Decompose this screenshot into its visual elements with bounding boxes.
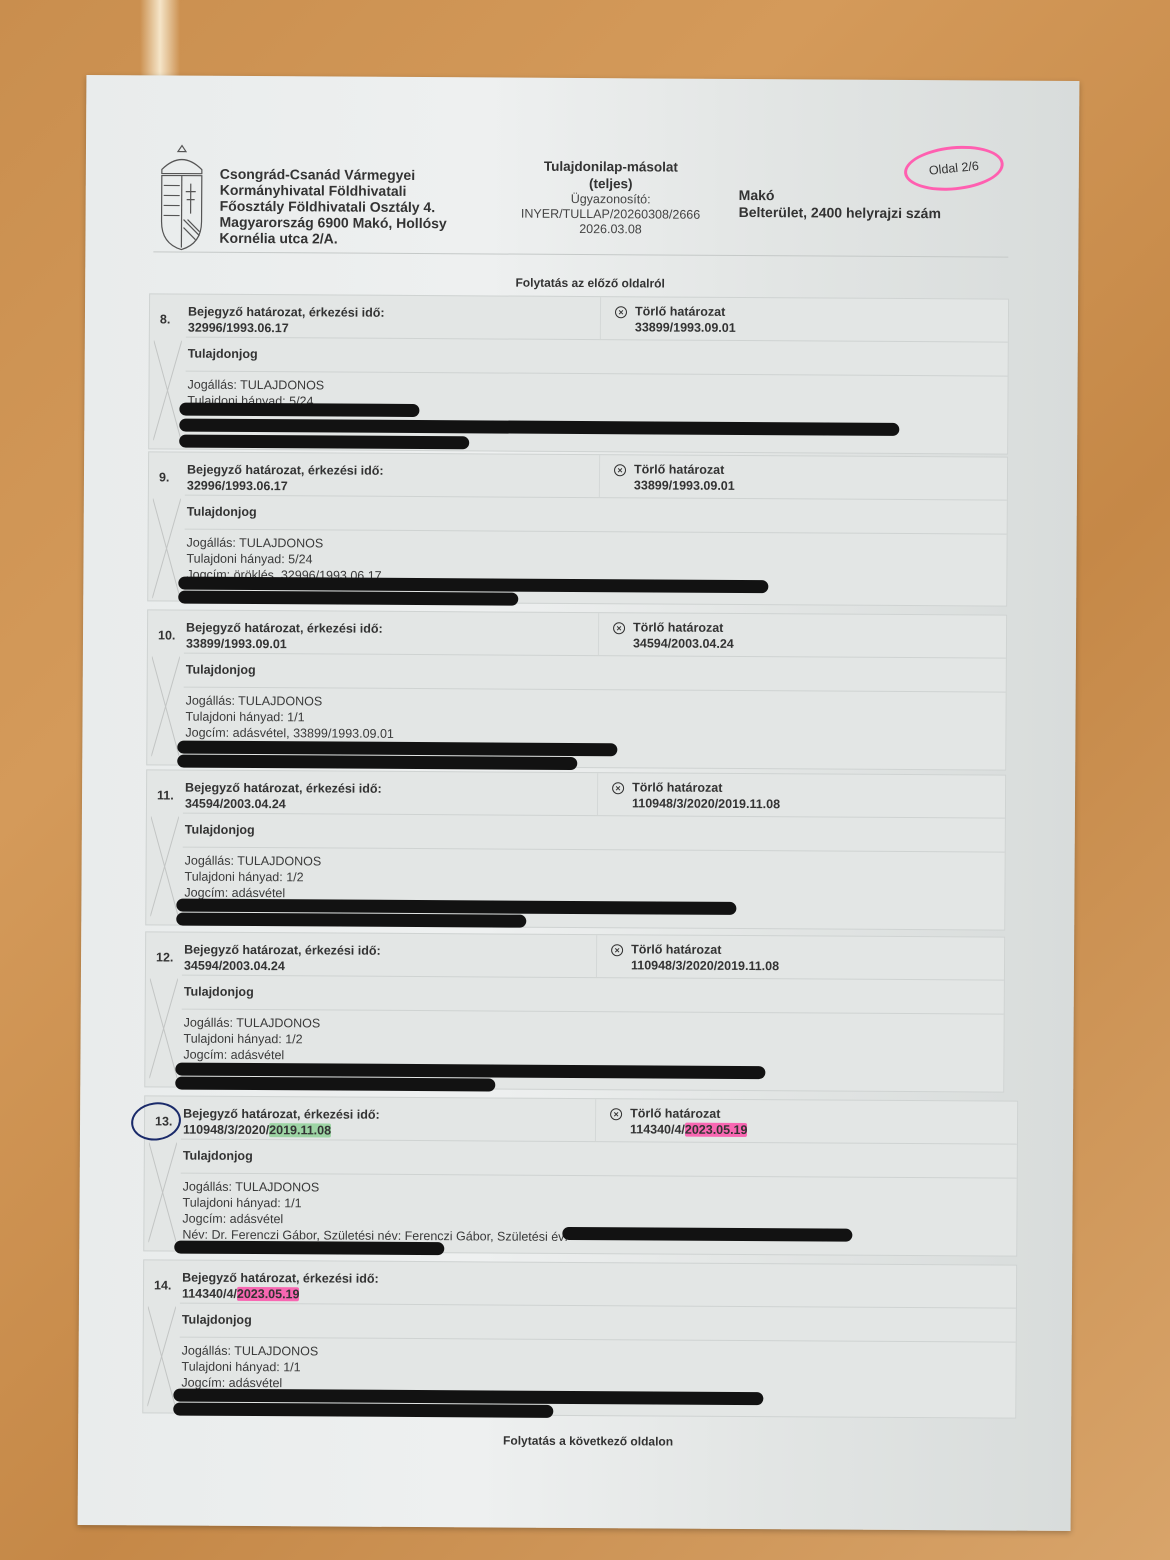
delete-label: Törlő határozat xyxy=(632,779,780,796)
entry-header: Bejegyző határozat, érkezési idő: 32996/… xyxy=(186,295,1008,343)
redaction-mark xyxy=(177,741,617,757)
entry-ref-line: 114340/4/2023.05.19 xyxy=(182,1286,582,1304)
entry-details: Jogállás: TULAJDONOSTulajdoni hányad: 1/… xyxy=(182,1179,568,1245)
ownership-entry: 11. Bejegyző határozat, érkezési idő: 34… xyxy=(145,769,1006,930)
crossed-out-mark-icon xyxy=(153,340,182,440)
entry-detail-line: Jogcím: adásvétel, 33899/1993.09.01 xyxy=(185,725,394,742)
registering-decision: Bejegyző határozat, érkezési idő: 34594/… xyxy=(184,942,584,976)
entry-detail-line: Tulajdoni hányad: 1/2 xyxy=(184,869,321,886)
right-type-row: Tulajdonjog xyxy=(180,1303,1016,1343)
entry-header: Bejegyző határozat, érkezési idő: 32996/… xyxy=(185,453,1007,501)
office-line: Főosztály Földhivatali Osztály 4. xyxy=(220,198,540,216)
ownership-entry: 12. Bejegyző határozat, érkezési idő: 34… xyxy=(144,931,1005,1092)
location-parcel: Belterület, 2400 helyrajzi szám xyxy=(739,204,941,222)
delete-block: Törlő határozat 114340/4/2023.05.19 xyxy=(630,1105,748,1138)
delete-ref-line: 34594/2003.04.24 xyxy=(633,635,734,652)
cancel-circle-icon: × xyxy=(615,306,627,318)
redaction-mark xyxy=(179,403,419,417)
cancel-circle-icon: × xyxy=(614,464,626,476)
entry-ref-line: 32996/1993.06.17 xyxy=(187,478,587,496)
case-id-label: Ügyazonosító: xyxy=(496,191,726,207)
deleting-decision: × Törlő határozat 34594/2003.04.24 xyxy=(598,613,1006,657)
property-location: Makó Belterület, 2400 helyrajzi szám xyxy=(739,187,942,222)
entry-ref: 32996/1993.06.17 xyxy=(188,321,289,336)
delete-ref: 33899/1993.09.01 xyxy=(635,320,736,335)
right-type-row: Tulajdonjog xyxy=(183,813,1005,853)
delete-label: Törlő határozat xyxy=(630,1105,748,1122)
entry-ref-line: 32996/1993.06.17 xyxy=(188,320,588,338)
delete-block: Törlő határozat 34594/2003.04.24 xyxy=(633,619,734,652)
redaction-mark xyxy=(177,755,577,770)
crossed-out-mark-icon xyxy=(149,978,178,1078)
right-type: Tulajdonjog xyxy=(186,663,256,677)
entry-details: Jogállás: TULAJDONOSTulajdoni hányad: 1/… xyxy=(183,1015,320,1064)
deleting-decision: × Törlő határozat 114340/4/2023.05.19 xyxy=(595,1099,1017,1144)
delete-ref-line: 110948/3/2020/2019.11.08 xyxy=(631,957,779,974)
entry-detail-line: Jogállás: TULAJDONOS xyxy=(187,535,382,552)
delete-block: Törlő határozat 110948/3/2020/2019.11.08 xyxy=(632,779,780,812)
delete-label: Törlő határozat xyxy=(635,303,736,320)
document-title: Tulajdonilap-másolat xyxy=(496,157,726,175)
entry-header: Bejegyző határozat, érkezési idő: 34594/… xyxy=(182,933,1004,981)
delete-ref-line: 110948/3/2020/2019.11.08 xyxy=(632,795,780,812)
page-indicator: Oldal 2/6 xyxy=(902,141,1006,195)
redaction-mark xyxy=(179,419,899,436)
deleting-decision: × Törlő határozat 110948/3/2020/2019.11.… xyxy=(596,935,1004,979)
entry-ref-highlighted: 2019.11.08 xyxy=(269,1123,331,1137)
cancel-circle-icon: × xyxy=(612,782,624,794)
entry-number: 14. xyxy=(154,1278,171,1292)
delete-ref: 33899/1993.09.01 xyxy=(634,478,735,493)
entries-list: 8. Bejegyző határozat, érkezési idő: 329… xyxy=(86,75,1079,81)
entry-detail-line: Tulajdoni hányad: 1/1 xyxy=(185,709,394,726)
registering-decision: Bejegyző határozat, érkezési idő: 114340… xyxy=(182,1270,582,1304)
entry-details: Jogállás: TULAJDONOSTulajdoni hányad: 1/… xyxy=(185,693,394,742)
delete-block: Törlő határozat 110948/3/2020/2019.11.08 xyxy=(631,941,779,974)
delete-ref-highlighted: 2023.05.19 xyxy=(685,1123,748,1137)
entry-detail-line: Jogállás: TULAJDONOS xyxy=(182,1343,319,1360)
delete-ref: 110948/3/2020/2019.11.08 xyxy=(632,796,780,811)
crossed-out-mark-icon xyxy=(150,816,179,916)
continuation-from-previous: Folytatás az előző oldalról xyxy=(85,273,1095,293)
entry-number: 11. xyxy=(157,788,174,802)
continuation-to-next: Folytatás a következő oldalon xyxy=(78,1431,1098,1451)
entry-number: 12. xyxy=(156,950,173,964)
entry-detail-line: Jogállás: TULAJDONOS xyxy=(185,853,322,870)
coat-of-arms-icon xyxy=(153,143,210,251)
crossed-out-mark-icon xyxy=(148,1142,177,1242)
redaction-mark xyxy=(175,1077,495,1092)
redaction-mark xyxy=(562,1227,852,1242)
office-line: Kornélia utca 2/A. xyxy=(219,230,539,248)
entry-ref-highlighted: 2023.05.19 xyxy=(237,1287,300,1301)
location-city: Makó xyxy=(739,187,941,205)
right-type: Tulajdonjog xyxy=(185,823,255,837)
right-type-row: Tulajdonjog xyxy=(181,1139,1017,1179)
entry-ref-line: 110948/3/2020/2019.11.08 xyxy=(183,1122,583,1140)
entry-ref-prefix: 110948/3/2020/ xyxy=(183,1123,269,1138)
ownership-entry: 14. Bejegyző határozat, érkezési idő: 11… xyxy=(142,1259,1017,1418)
entry-ref: 32996/1993.06.17 xyxy=(187,479,288,494)
cancel-circle-icon: × xyxy=(611,944,623,956)
entry-header: Bejegyző határozat, érkezési idő: 110948… xyxy=(181,1097,1017,1145)
registering-decision: Bejegyző határozat, érkezési idő: 110948… xyxy=(183,1106,583,1140)
entry-detail-line: Tulajdoni hányad: 1/2 xyxy=(184,1031,321,1048)
right-type: Tulajdonjog xyxy=(184,985,254,999)
delete-block: Törlő határozat 33899/1993.09.01 xyxy=(635,303,736,336)
delete-ref-line: 114340/4/2023.05.19 xyxy=(630,1121,748,1138)
redaction-mark xyxy=(173,1403,553,1418)
right-type-row: Tulajdonjog xyxy=(185,495,1007,535)
entry-detail-line: Tulajdoni hányad: 1/1 xyxy=(182,1359,319,1376)
entry-number: 9. xyxy=(159,470,170,484)
entry-ref-line: 34594/2003.04.24 xyxy=(184,958,584,976)
redaction-mark xyxy=(178,591,518,606)
right-type-row: Tulajdonjog xyxy=(184,653,1006,693)
header-divider xyxy=(153,251,1008,257)
entry-number: 8. xyxy=(160,312,171,326)
delete-ref: 34594/2003.04.24 xyxy=(633,636,734,651)
page-indicator-text: Oldal 2/6 xyxy=(928,159,979,178)
deleting-decision: × Törlő határozat 110948/3/2020/2019.11.… xyxy=(597,773,1005,817)
entry-detail-line: Jogcím: adásvétel xyxy=(183,1047,320,1064)
entry-ref-line: 33899/1993.09.01 xyxy=(186,636,586,654)
right-type-row: Tulajdonjog xyxy=(186,337,1008,377)
right-type-row: Tulajdonjog xyxy=(182,975,1004,1015)
entry-detail-line: Jogállás: TULAJDONOS xyxy=(187,377,324,394)
ownership-entry: 10. Bejegyző határozat, érkezési idő: 33… xyxy=(146,609,1007,770)
entry-ref-prefix: 114340/4/ xyxy=(182,1287,237,1301)
entry-header: Bejegyző határozat, érkezési idő: 33899/… xyxy=(184,611,1006,659)
cancel-circle-icon: × xyxy=(613,622,625,634)
case-date: 2026.03.08 xyxy=(495,221,725,237)
entry-header: Bejegyző határozat, érkezési idő: 114340… xyxy=(180,1261,1016,1309)
entry-details: Jogállás: TULAJDONOSTulajdoni hányad: 1/… xyxy=(184,853,321,902)
delete-ref-prefix: 114340/4/ xyxy=(630,1122,685,1136)
deleting-decision: × Törlő határozat 33899/1993.09.01 xyxy=(599,455,1007,499)
entry-detail-line: Jogállás: TULAJDONOS xyxy=(184,1015,321,1032)
cancel-circle-icon: × xyxy=(610,1108,622,1120)
entry-number: 13. xyxy=(155,1114,172,1128)
document-page: Csongrád-Csanád Vármegyei Kormányhivatal… xyxy=(78,75,1080,1531)
delete-label: Törlő határozat xyxy=(633,619,734,636)
registering-decision: Bejegyző határozat, érkezési idő: 34594/… xyxy=(185,780,585,814)
redaction-mark xyxy=(179,435,469,450)
redaction-mark xyxy=(174,1241,444,1256)
entry-number: 10. xyxy=(158,628,175,642)
right-type: Tulajdonjog xyxy=(183,1149,253,1163)
entry-ref: 34594/2003.04.24 xyxy=(184,959,285,974)
entry-ref-line: 34594/2003.04.24 xyxy=(185,796,585,814)
case-id: INYER/TULLAP/20260308/2666 xyxy=(496,206,726,222)
right-type: Tulajdonjog xyxy=(188,347,258,361)
entry-detail-line: Tulajdoni hányad: 5/24 xyxy=(186,551,381,568)
registering-decision: Bejegyző határozat, érkezési idő: 32996/… xyxy=(187,462,587,496)
entry-details: Jogállás: TULAJDONOSTulajdoni hányad: 1/… xyxy=(181,1343,318,1392)
ownership-entry: 8. Bejegyző határozat, érkezési idő: 329… xyxy=(148,293,1009,454)
office-line: Magyarország 6900 Makó, Hollósy xyxy=(219,214,539,232)
office-line: Csongrád-Csanád Vármegyei xyxy=(220,166,540,184)
delete-block: Törlő határozat 33899/1993.09.01 xyxy=(634,461,735,494)
deleting-decision: × Törlő határozat 33899/1993.09.01 xyxy=(600,297,1008,341)
redaction-mark xyxy=(176,913,526,928)
ownership-entry: 9. Bejegyző határozat, érkezési idő: 329… xyxy=(147,451,1008,606)
entry-detail-line: Jogállás: TULAJDONOS xyxy=(186,693,395,710)
entry-ref: 34594/2003.04.24 xyxy=(185,797,286,812)
right-type: Tulajdonjog xyxy=(187,505,257,519)
document-subtitle: (teljes) xyxy=(496,174,726,192)
office-line: Kormányhivatal Földhivatali xyxy=(220,182,540,200)
right-type: Tulajdonjog xyxy=(182,1313,252,1327)
delete-ref-line: 33899/1993.09.01 xyxy=(635,319,736,336)
delete-label: Törlő határozat xyxy=(634,461,735,478)
delete-ref-line: 33899/1993.09.01 xyxy=(634,477,735,494)
delete-ref: 110948/3/2020/2019.11.08 xyxy=(631,958,779,973)
crossed-out-mark-icon xyxy=(147,1306,176,1406)
ownership-entry: 13. Bejegyző határozat, érkezési idő: 11… xyxy=(143,1095,1018,1256)
entry-ref: 33899/1993.09.01 xyxy=(186,637,287,652)
crossed-out-mark-icon xyxy=(151,656,180,756)
entry-header: Bejegyző határozat, érkezési idő: 34594/… xyxy=(183,771,1005,819)
delete-label: Törlő határozat xyxy=(631,941,779,958)
registering-decision: Bejegyző határozat, érkezési idő: 32996/… xyxy=(188,304,588,338)
crossed-out-mark-icon xyxy=(152,498,181,598)
registering-decision: Bejegyző határozat, érkezési idő: 33899/… xyxy=(186,620,586,654)
issuing-office-address: Csongrád-Csanád Vármegyei Kormányhivatal… xyxy=(219,166,539,248)
document-title-block: Tulajdonilap-másolat (teljes) Ügyazonosí… xyxy=(495,157,725,237)
